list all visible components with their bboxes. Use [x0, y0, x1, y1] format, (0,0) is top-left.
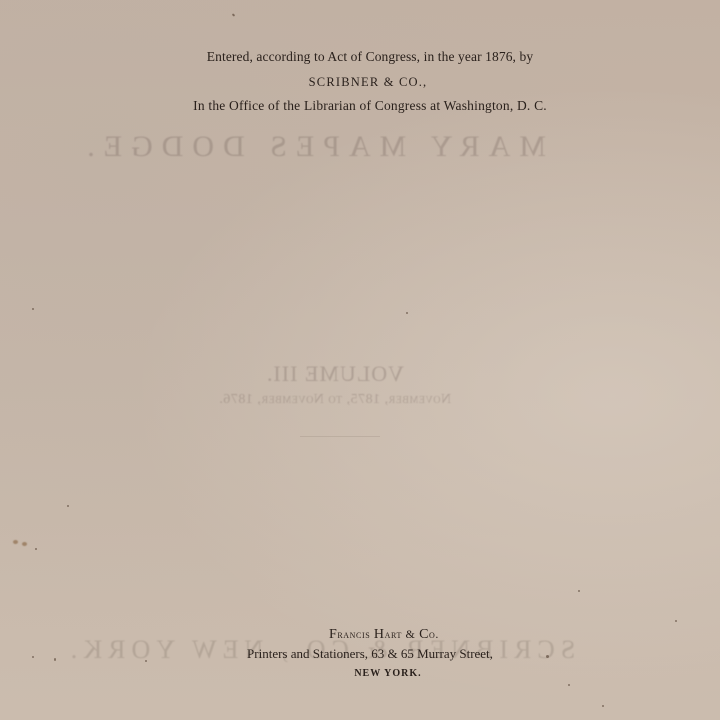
- paper-speck: [35, 548, 37, 550]
- show-through-author: MARY MAPES DODGE.: [106, 130, 546, 164]
- paper-speck: [406, 312, 408, 314]
- printer-name-part-1: rancis: [337, 627, 374, 641]
- printer-name-initial-3: C: [419, 627, 429, 642]
- copyright-line-publisher: SCRIBNER & CO.,: [0, 75, 720, 90]
- paper-speck: [578, 590, 580, 592]
- printer-name-part-3: o.: [429, 627, 439, 641]
- paper-speck: [546, 655, 549, 658]
- copyright-line-entered: Entered, according to Act of Congress, i…: [0, 49, 720, 65]
- printer-address: Printers and Stationers, 63 & 65 Murray …: [0, 646, 720, 662]
- printer-name: Francis Hart & Co.: [0, 627, 720, 643]
- paper-speck: [32, 656, 34, 658]
- paper-speck: [145, 660, 147, 662]
- paper-speck: [32, 308, 34, 310]
- paper-stain: [13, 540, 18, 544]
- printer-city: NEW YORK.: [0, 668, 720, 679]
- paper-speck: [568, 684, 570, 686]
- copyright-line-office: In the Office of the Librarian of Congre…: [0, 98, 720, 114]
- paper-speck: [54, 658, 56, 661]
- paper-speck: [675, 620, 677, 622]
- show-through-rule: [300, 436, 380, 437]
- show-through-volume: VOLUME III.: [210, 361, 460, 387]
- paper-speck: [232, 13, 236, 17]
- book-page: MARY MAPES DODGE. VOLUME III. November, …: [0, 0, 720, 720]
- printer-name-initial-2: H: [374, 627, 385, 642]
- printer-name-part-2: art &: [385, 627, 419, 641]
- paper-stain: [22, 542, 27, 546]
- show-through-dates: November, 1875, to November, 1876.: [165, 392, 505, 408]
- paper-speck: [602, 705, 604, 707]
- paper-speck: [67, 505, 69, 507]
